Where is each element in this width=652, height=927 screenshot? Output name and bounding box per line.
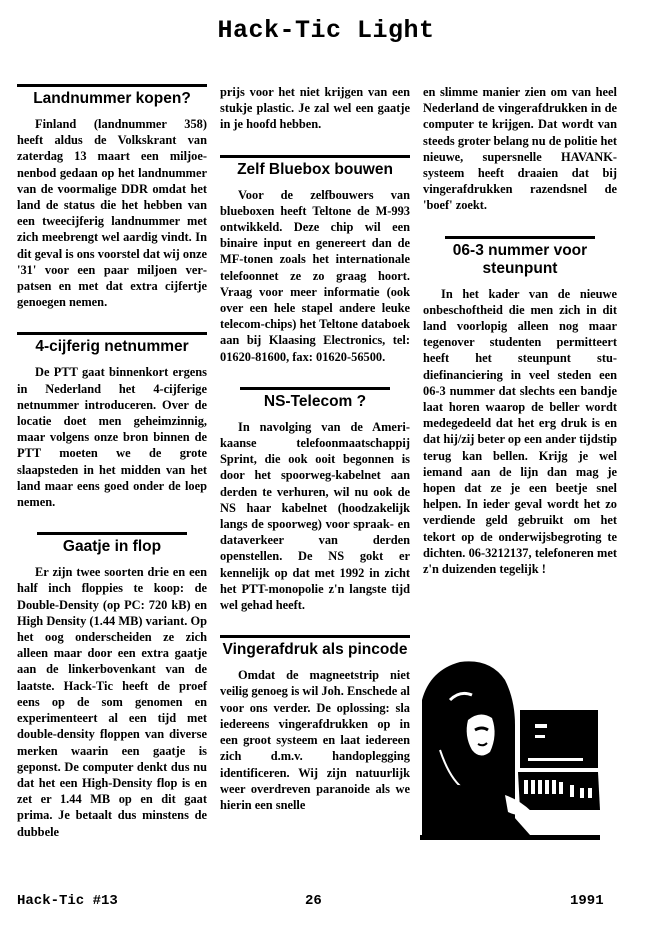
heading-rule xyxy=(17,332,207,335)
article-body-continued: en slimme manier zien om van heel Nederl… xyxy=(423,84,617,214)
heading-rule xyxy=(220,635,410,638)
article-heading: NS-Telecom ? xyxy=(220,393,410,411)
column-1: Landnummer kopen? Finland (landnummer 35… xyxy=(17,84,207,862)
article-body: Er zijn twee soorten drie en een half in… xyxy=(17,564,207,839)
article-gaatje-continued: prijs voor het niet krijgen van een stuk… xyxy=(220,84,410,133)
article-body: Voor de zelfbouwers van blueboxen heeft … xyxy=(220,187,410,365)
article-netnummer: 4-cijferig netnummer De PTT gaat binnenk… xyxy=(17,332,207,510)
article-heading: Landnummer kopen? xyxy=(17,90,207,108)
photo-illustration-icon xyxy=(420,640,620,840)
footer-issue: Hack-Tic #13 xyxy=(17,893,118,909)
article-steunpunt: 06-3 nummer voor steunpunt In het kader … xyxy=(423,236,617,578)
column-2: prijs voor het niet krijgen van een stuk… xyxy=(220,84,410,835)
article-vingerafdruk-continued: en slimme manier zien om van heel Nederl… xyxy=(423,84,617,214)
article-body: In navolging van de Ameri­kaanse telefoo… xyxy=(220,419,410,613)
article-nstelecom: NS-Telecom ? In navolging van de Ameri­k… xyxy=(220,387,410,613)
heading-rule xyxy=(17,84,207,87)
article-heading: Zelf Bluebox bouwen xyxy=(220,161,410,179)
article-body-continued: prijs voor het niet krijgen van een stuk… xyxy=(220,84,410,133)
article-heading: 4-cijferig netnummer xyxy=(17,338,207,356)
heading-rule xyxy=(37,532,187,535)
page-title: Hack-Tic Light xyxy=(0,16,652,45)
article-body: Omdat de magneetstrip niet veilig genoeg… xyxy=(220,667,410,813)
article-heading: Vingerafdruk als pin­code xyxy=(220,641,410,659)
article-body: De PTT gaat binnenkort er­gens in Nederl… xyxy=(17,364,207,510)
heading-rule xyxy=(445,236,595,239)
article-body: Finland (landnummer 358) heeft aldus de … xyxy=(17,116,207,310)
article-gaatje: Gaatje in flop Er zijn twee soorten drie… xyxy=(17,532,207,839)
article-bluebox: Zelf Bluebox bouwen Voor de zelfbouwers … xyxy=(220,155,410,365)
article-heading: Gaatje in flop xyxy=(17,538,207,556)
woman-at-computer-photo xyxy=(420,640,620,840)
article-heading: 06-3 nummer voor steunpunt xyxy=(423,242,617,278)
footer-year: 1991 xyxy=(570,893,604,909)
column-3: en slimme manier zien om van heel Nederl… xyxy=(423,84,617,599)
article-vingerafdruk: Vingerafdruk als pin­code Omdat de magne… xyxy=(220,635,410,813)
article-body: In het kader van de nieuwe onbeschofthei… xyxy=(423,286,617,578)
heading-rule xyxy=(240,387,390,390)
heading-rule xyxy=(220,155,410,158)
footer-page-number: 26 xyxy=(305,893,322,909)
article-landnummer: Landnummer kopen? Finland (landnummer 35… xyxy=(17,84,207,310)
